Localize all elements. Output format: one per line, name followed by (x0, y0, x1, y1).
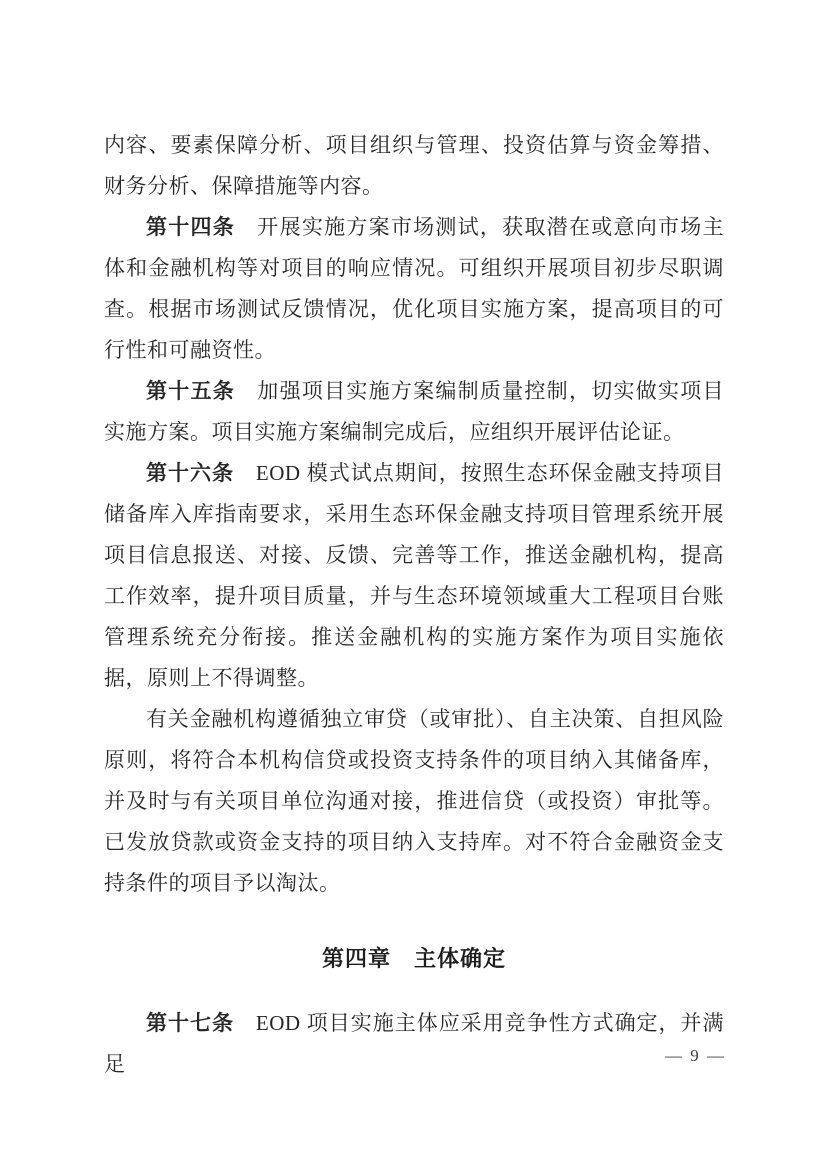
document-page: 内容、要素保障分析、项目组织与管理、投资估算与资金筹措、财务分析、保障措施等内容… (0, 0, 826, 1169)
article-number: 第十四条 (146, 216, 235, 239)
paragraph-finance-institutions: 有关金融机构遵循独立审贷（或审批）、自主决策、自担风险原则，将符合本机构信贷或投… (104, 699, 724, 904)
paragraph-text: EOD 模式试点期间，按照生态环保金融支持项目储备库入库指南要求，采用生态环保金… (104, 461, 724, 690)
paragraph-article-17: 第十七条 EOD 项目实施主体应采用竞争性方式确定，并满足 (104, 1003, 724, 1085)
chapter-heading: 第四章 主体确定 (104, 938, 724, 979)
paragraph-text: 有关金融机构遵循独立审贷（或审批）、自主决策、自担风险原则，将符合本机构信贷或投… (104, 707, 724, 895)
page-number: — 9 — (665, 1046, 726, 1066)
article-number: 第十五条 (146, 380, 235, 403)
paragraph-article-16: 第十六条 EOD 模式试点期间，按照生态环保金融支持项目储备库入库指南要求，采用… (104, 453, 724, 699)
paragraph-article-14: 第十四条 开展实施方案市场测试，获取潜在或意向市场主体和金融机构等对项目的响应情… (104, 207, 724, 371)
paragraph-text: 内容、要素保障分析、项目组织与管理、投资估算与资金筹措、财务分析、保障措施等内容… (104, 133, 724, 198)
paragraph-article-15: 第十五条 加强项目实施方案编制质量控制，切实做实项目实施方案。项目实施方案编制完… (104, 371, 724, 453)
paragraph-continuation: 内容、要素保障分析、项目组织与管理、投资估算与资金筹措、财务分析、保障措施等内容… (104, 125, 724, 207)
document-body: 内容、要素保障分析、项目组织与管理、投资估算与资金筹措、财务分析、保障措施等内容… (104, 125, 724, 1085)
article-number: 第十七条 (146, 1012, 234, 1035)
article-number: 第十六条 (146, 462, 234, 485)
